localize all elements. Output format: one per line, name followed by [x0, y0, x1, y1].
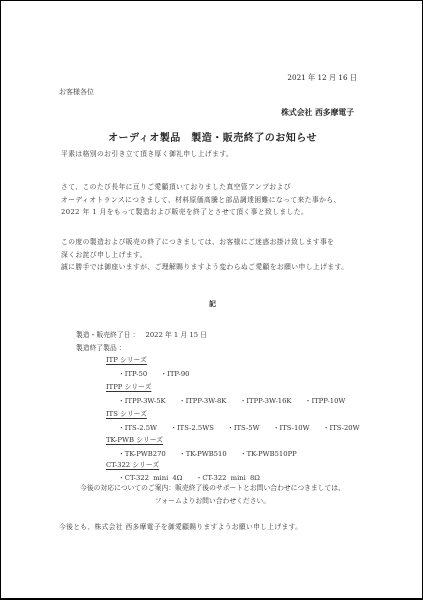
paragraph-line: 誠に勝手では御座いますが、ご理解賜りますよう変わらぬご愛顧をお願い申し上げます。: [61, 261, 348, 274]
support-note: 今後の対応についてのご案内：販売終了後のサポートとお問い合わせにつきましては、 …: [1, 482, 423, 507]
closing-line: 今後とも、株式会社 西多摩電子を御愛顧賜りますようお願い申し上げます。: [59, 521, 302, 531]
paragraph-line: 2022 年 1 月をもって製造および販売を終了とさせて頂く事と致しました。: [61, 206, 341, 219]
product-item: ・CT-322 mini 8Ω: [196, 474, 260, 482]
ki-heading: 記: [1, 299, 423, 309]
company-name: 株式会社 西多摩電子: [281, 107, 354, 118]
paragraph-line: この度の製造および販売の終了につきましては、お客様にご迷惑お掛け致します事を: [61, 236, 348, 249]
series-name: ITS シリーズ: [106, 408, 369, 418]
products-label: 製造終了製品 ：: [76, 342, 207, 355]
paragraph-line: オーディオトランスにつきまして、材料原価高騰と部品調達困難になって来た事から、: [61, 194, 341, 207]
note-line: フォームよりお問い合わせください。: [1, 495, 423, 508]
product-item: ・TK-PWB270: [118, 450, 166, 458]
product-item: ・ITP-90: [160, 370, 189, 378]
series-name: ITP シリーズ: [106, 354, 199, 364]
product-item: ・ITPP-3W-8K: [179, 397, 227, 405]
series-itpp: ITPP シリーズ ・ITPP-3W-5K ・ITPP-3W-8K ・ITPP-…: [106, 381, 354, 405]
series-tk-pwb: TK-PWB シリーズ ・TK-PWB270 ・TK-PWB510 ・TK-PW…: [106, 434, 306, 458]
document-title: オーディオ製品 製造・販売終了のお知らせ: [1, 129, 423, 144]
apology-paragraph: この度の製造および販売の終了につきましては、お客様にご迷惑お掛け致します事を 深…: [61, 236, 348, 274]
series-items: ・ITPP-3W-5K ・ITPP-3W-8K ・ITPP-3W-16K ・IT…: [106, 395, 354, 405]
end-date-label: 製造・販売終了日 ：: [76, 331, 139, 339]
series-items: ・ITP-50 ・ITP-90: [106, 368, 199, 378]
product-item: ・ITP-50: [118, 370, 147, 378]
document-date: 2021 年 12 月 16 日: [287, 73, 357, 83]
series-items: ・ITS-2.5W ・ITS-2.5WS ・ITS-5W ・ITS-10W ・I…: [106, 422, 369, 432]
end-date-section: 製造・販売終了日 ： 2022 年 1 月 15 日 製造終了製品 ：: [76, 329, 207, 354]
paragraph-line: 深くお詫び申し上げます。: [61, 249, 348, 262]
series-name: TK-PWB シリーズ: [106, 434, 306, 444]
product-item: ・ITPP-10W: [305, 397, 346, 405]
product-item: ・CT-322 mini 4Ω: [118, 474, 182, 482]
product-item: ・ITS-5W: [227, 424, 260, 432]
product-item: ・ITS-20W: [323, 424, 360, 432]
announcement-paragraph: さて、このたび長年に亘りご愛顧頂いておりました真空管アンプおよび オーディオトラ…: [61, 181, 341, 219]
series-items: ・CT-322 mini 4Ω ・CT-322 mini 8Ω: [106, 472, 269, 482]
product-item: ・ITS-10W: [273, 424, 310, 432]
series-items: ・TK-PWB270 ・TK-PWB510 ・TK-PWB510PP: [106, 448, 306, 458]
series-name: CT-322 シリーズ: [106, 459, 269, 469]
series-its: ITS シリーズ ・ITS-2.5W ・ITS-2.5WS ・ITS-5W ・I…: [106, 408, 369, 432]
product-item: ・ITS-2.5WS: [170, 424, 214, 432]
end-date-value: 2022 年 1 月 15 日: [146, 331, 207, 339]
product-item: ・ITS-2.5W: [118, 424, 157, 432]
document-page: 2021 年 12 月 16 日 お客様各位 株式会社 西多摩電子 オーディオ製…: [0, 0, 423, 600]
product-item: ・TK-PWB510: [179, 450, 227, 458]
product-item: ・ITPP-3W-5K: [118, 397, 166, 405]
note-line: 今後の対応についてのご案内：販売終了後のサポートとお問い合わせにつきましては、: [1, 482, 423, 495]
series-itp: ITP シリーズ ・ITP-50 ・ITP-90: [106, 354, 199, 378]
greeting-paragraph: 平素は格別のお引き立て頂き厚く御礼申し上げます。: [61, 148, 233, 161]
end-date-row: 製造・販売終了日 ： 2022 年 1 月 15 日: [76, 329, 207, 342]
addressee: お客様各位: [59, 87, 94, 97]
series-ct-322: CT-322 シリーズ ・CT-322 mini 4Ω ・CT-322 mini…: [106, 459, 269, 482]
paragraph-line: さて、このたび長年に亘りご愛顧頂いておりました真空管アンプおよび: [61, 181, 341, 194]
paragraph-line: 平素は格別のお引き立て頂き厚く御礼申し上げます。: [61, 148, 233, 161]
series-name: ITPP シリーズ: [106, 381, 354, 391]
product-item: ・ITPP-3W-16K: [240, 397, 292, 405]
product-item: ・TK-PWB510PP: [240, 450, 297, 458]
